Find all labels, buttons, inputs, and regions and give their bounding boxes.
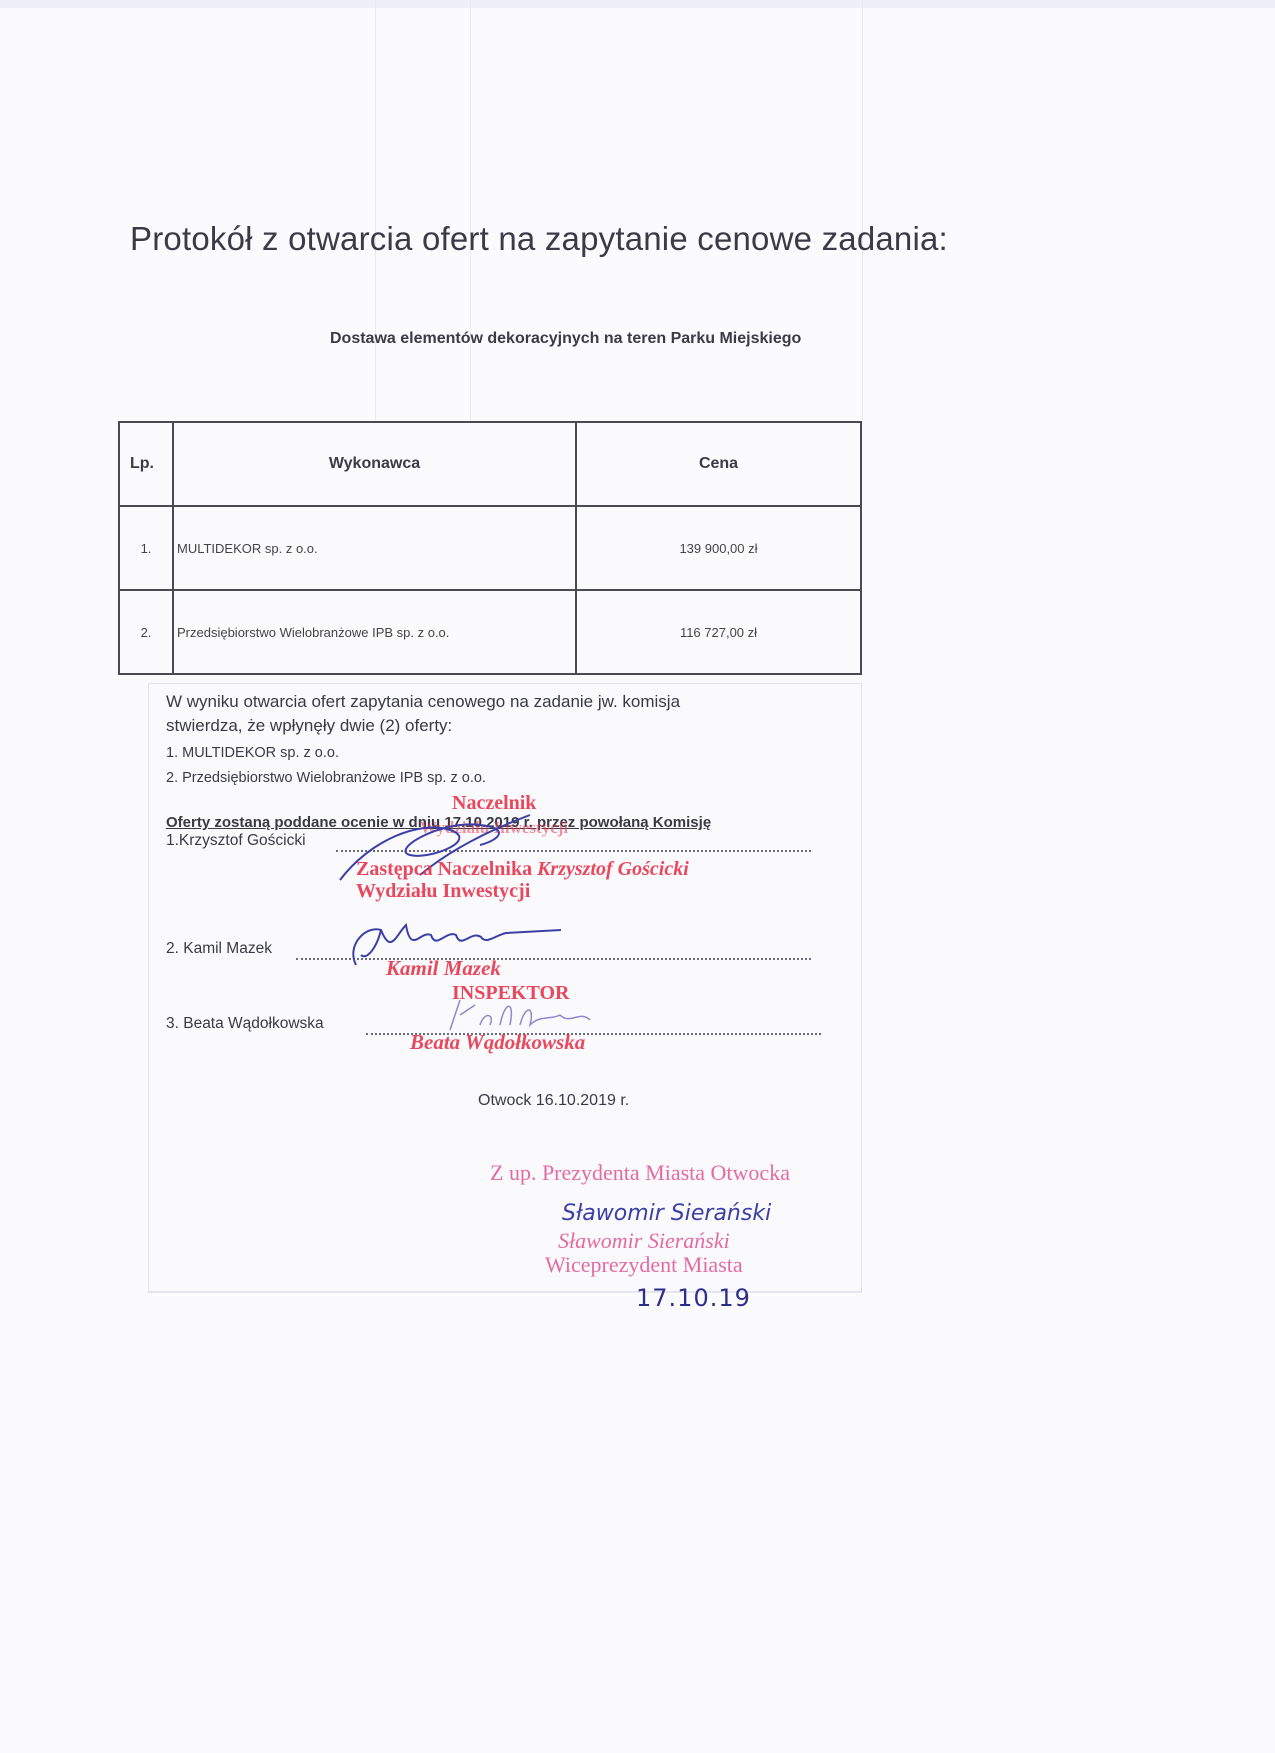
approval-name: Sławomir Sierański — [558, 1228, 730, 1254]
handwritten-date: 17.10.19 — [636, 1284, 751, 1312]
offer-item: 2. Przedsiębiorstwo Wielobranżowe IPB sp… — [166, 766, 486, 791]
scan-edge — [0, 0, 1275, 8]
offers-table: Lp. Wykonawca Cena 1. MULTIDEKOR sp. z o… — [118, 421, 862, 675]
findings-line-1: W wyniku otwarcia ofert zapytania cenowe… — [166, 690, 806, 714]
header-price: Cena — [576, 422, 861, 506]
header-contractor: Wykonawca — [173, 422, 576, 506]
row-lp: 1. — [119, 506, 173, 590]
approval-role: Wiceprezydent Miasta — [545, 1252, 743, 1278]
row-lp: 2. — [119, 590, 173, 674]
document-title: Protokół z otwarcia ofert na zapytanie c… — [130, 220, 1030, 258]
findings-paragraph: W wyniku otwarcia ofert zapytania cenowe… — [166, 690, 806, 738]
findings-line-2: stwierdza, że wpłynęły dwie (2) oferty: — [166, 714, 806, 738]
row-contractor: MULTIDEKOR sp. z o.o. — [173, 506, 576, 590]
row-price: 139 900,00 zł — [576, 506, 861, 590]
commission-member-2: 2. Kamil Mazek — [166, 940, 272, 958]
stamp-wadolkowska: Beata Wądołkowska — [410, 1030, 585, 1055]
table-row: 2. Przedsiębiorstwo Wielobranżowe IPB sp… — [119, 590, 861, 674]
stamp-zastepca-dept: Wydziału Inwestycji — [356, 880, 530, 903]
offer-item: 1. MULTIDEKOR sp. z o.o. — [166, 741, 486, 766]
stamp-zastepca: Zastępca Naczelnika Krzysztof Gościcki — [356, 858, 689, 881]
scan-streak — [470, 0, 471, 420]
table-row: 1. MULTIDEKOR sp. z o.o. 139 900,00 zł — [119, 506, 861, 590]
place-date: Otwock 16.10.2019 r. — [478, 1092, 629, 1110]
header-lp: Lp. — [119, 422, 173, 506]
document-subtitle: Dostawa elementów dekoracyjnych na teren… — [330, 330, 801, 348]
signature-sieranski: Sławomir Sierański — [562, 1192, 812, 1232]
table-header-row: Lp. Wykonawca Cena — [119, 422, 861, 506]
svg-text:Sławomir Sierański: Sławomir Sierański — [562, 1201, 771, 1226]
stamp-mazek: Kamil Mazek — [386, 956, 501, 981]
approval-line-1: Z up. Prezydenta Miasta Otwocka — [490, 1160, 790, 1186]
scan-streak — [862, 0, 863, 420]
scan-streak — [375, 0, 376, 420]
row-contractor: Przedsiębiorstwo Wielobranżowe IPB sp. z… — [173, 590, 576, 674]
offers-list: 1. MULTIDEKOR sp. z o.o. 2. Przedsiębior… — [166, 741, 486, 791]
commission-member-3: 3. Beata Wądołkowska — [166, 1015, 324, 1033]
row-price: 116 727,00 zł — [576, 590, 861, 674]
commission-member-1: 1.Krzysztof Gościcki — [166, 832, 306, 850]
